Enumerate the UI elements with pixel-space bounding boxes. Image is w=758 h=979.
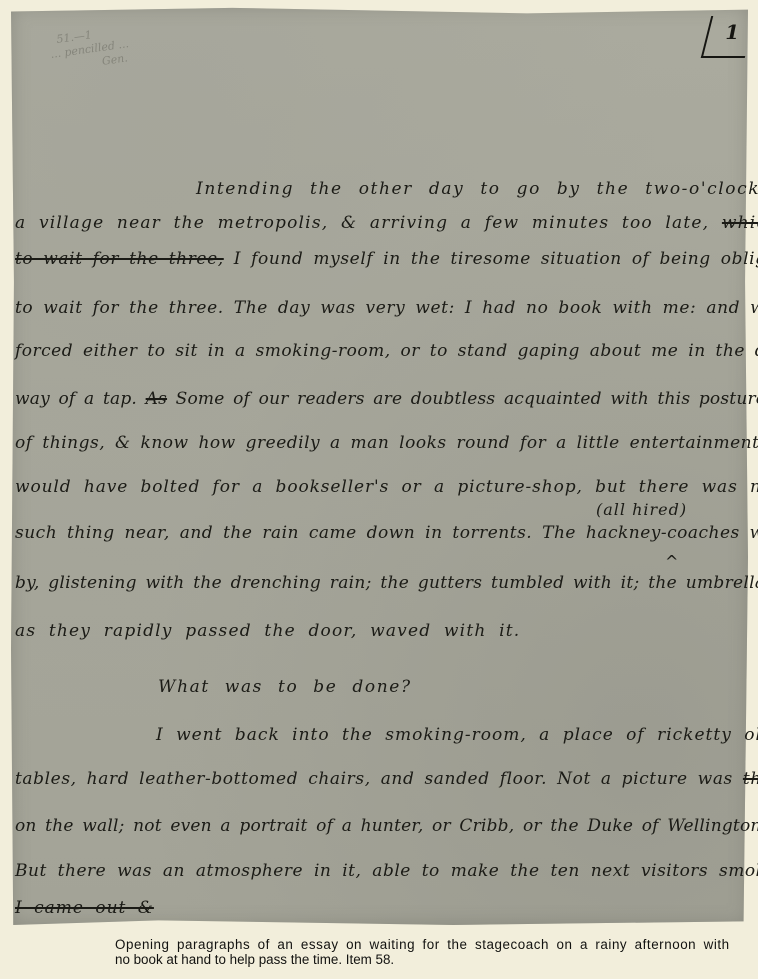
line-text: But there was an atmosphere in it, able …: [15, 861, 758, 881]
line-text: way of a tap.: [15, 389, 137, 409]
page-number: 1: [725, 20, 739, 44]
line-text: would have bolted for a bookseller's or …: [15, 477, 758, 497]
manuscript-line: to wait for the three, I found myself in…: [15, 248, 758, 270]
caption-line: no book at hand to help pass the time. I…: [115, 952, 755, 967]
line-text: forced either to sit in a smoking-room, …: [15, 341, 758, 361]
line-text: a village near the metropolis, & arrivin…: [15, 213, 709, 233]
insertion-caret: ^: [665, 552, 678, 571]
line-text: as they rapidly passed the door, waved w…: [15, 621, 520, 641]
manuscript-line: tables, hard leather-bottomed chairs, an…: [15, 768, 758, 790]
line-text: of things, & know how greedily a man loo…: [15, 433, 758, 453]
line-text: on the wall; not even a portrait of a hu…: [15, 816, 758, 836]
line-text: to wait for the three. The day was very …: [15, 298, 758, 318]
struck-text: to wait for the three,: [15, 249, 224, 269]
manuscript-line: Intending the other day to go by the two…: [196, 178, 758, 200]
manuscript-line: a village near the metropolis, & arrivin…: [15, 212, 758, 234]
line-text: What was to be done?: [158, 677, 412, 697]
manuscript-line: way of a tap. As Some of our readers are…: [15, 388, 758, 410]
manuscript-line: as they rapidly passed the door, waved w…: [15, 620, 520, 642]
figure-caption: Opening paragraphs of an essay on waitin…: [115, 937, 755, 967]
manuscript-line: forced either to sit in a smoking-room, …: [15, 340, 758, 362]
line-text: Some of our readers are doubtless acquai…: [176, 389, 758, 409]
line-text: I found myself in the tiresome situation…: [234, 249, 758, 269]
struck-text: which forced me: [722, 213, 758, 233]
manuscript-line: But there was an atmosphere in it, able …: [15, 860, 758, 882]
manuscript-line: by, glistening with the drenching rain; …: [15, 572, 758, 594]
line-text: Intending the other day to go by the two…: [196, 179, 758, 199]
line-text: I went back into the smoking-room, a pla…: [156, 725, 758, 745]
line-text: by, glistening with the drenching rain; …: [15, 573, 758, 593]
manuscript-line: on the wall; not even a portrait of a hu…: [15, 815, 758, 837]
manuscript-line: I came out &: [15, 897, 154, 919]
manuscript-line: to wait for the three. The day was very …: [15, 297, 758, 319]
manuscript-line: of things, & know how greedily a man loo…: [15, 432, 758, 454]
manuscript-line: would have bolted for a bookseller's or …: [15, 476, 758, 498]
manuscript-line: I went back into the smoking-room, a pla…: [156, 724, 758, 746]
caption-line: Opening paragraphs of an essay on waitin…: [115, 937, 755, 952]
struck-text: I came out &: [15, 898, 154, 918]
line-text: tables, hard leather-bottomed chairs, an…: [15, 769, 733, 789]
struck-text: As: [146, 389, 167, 409]
manuscript-line: such thing near, and the rain came down …: [15, 522, 758, 544]
struck-text: then: [743, 769, 758, 789]
manuscript-line: What was to be done?: [158, 676, 412, 698]
insertion-all-hired: (all hired): [596, 500, 687, 519]
line-text: such thing near, and the rain came down …: [15, 523, 758, 543]
